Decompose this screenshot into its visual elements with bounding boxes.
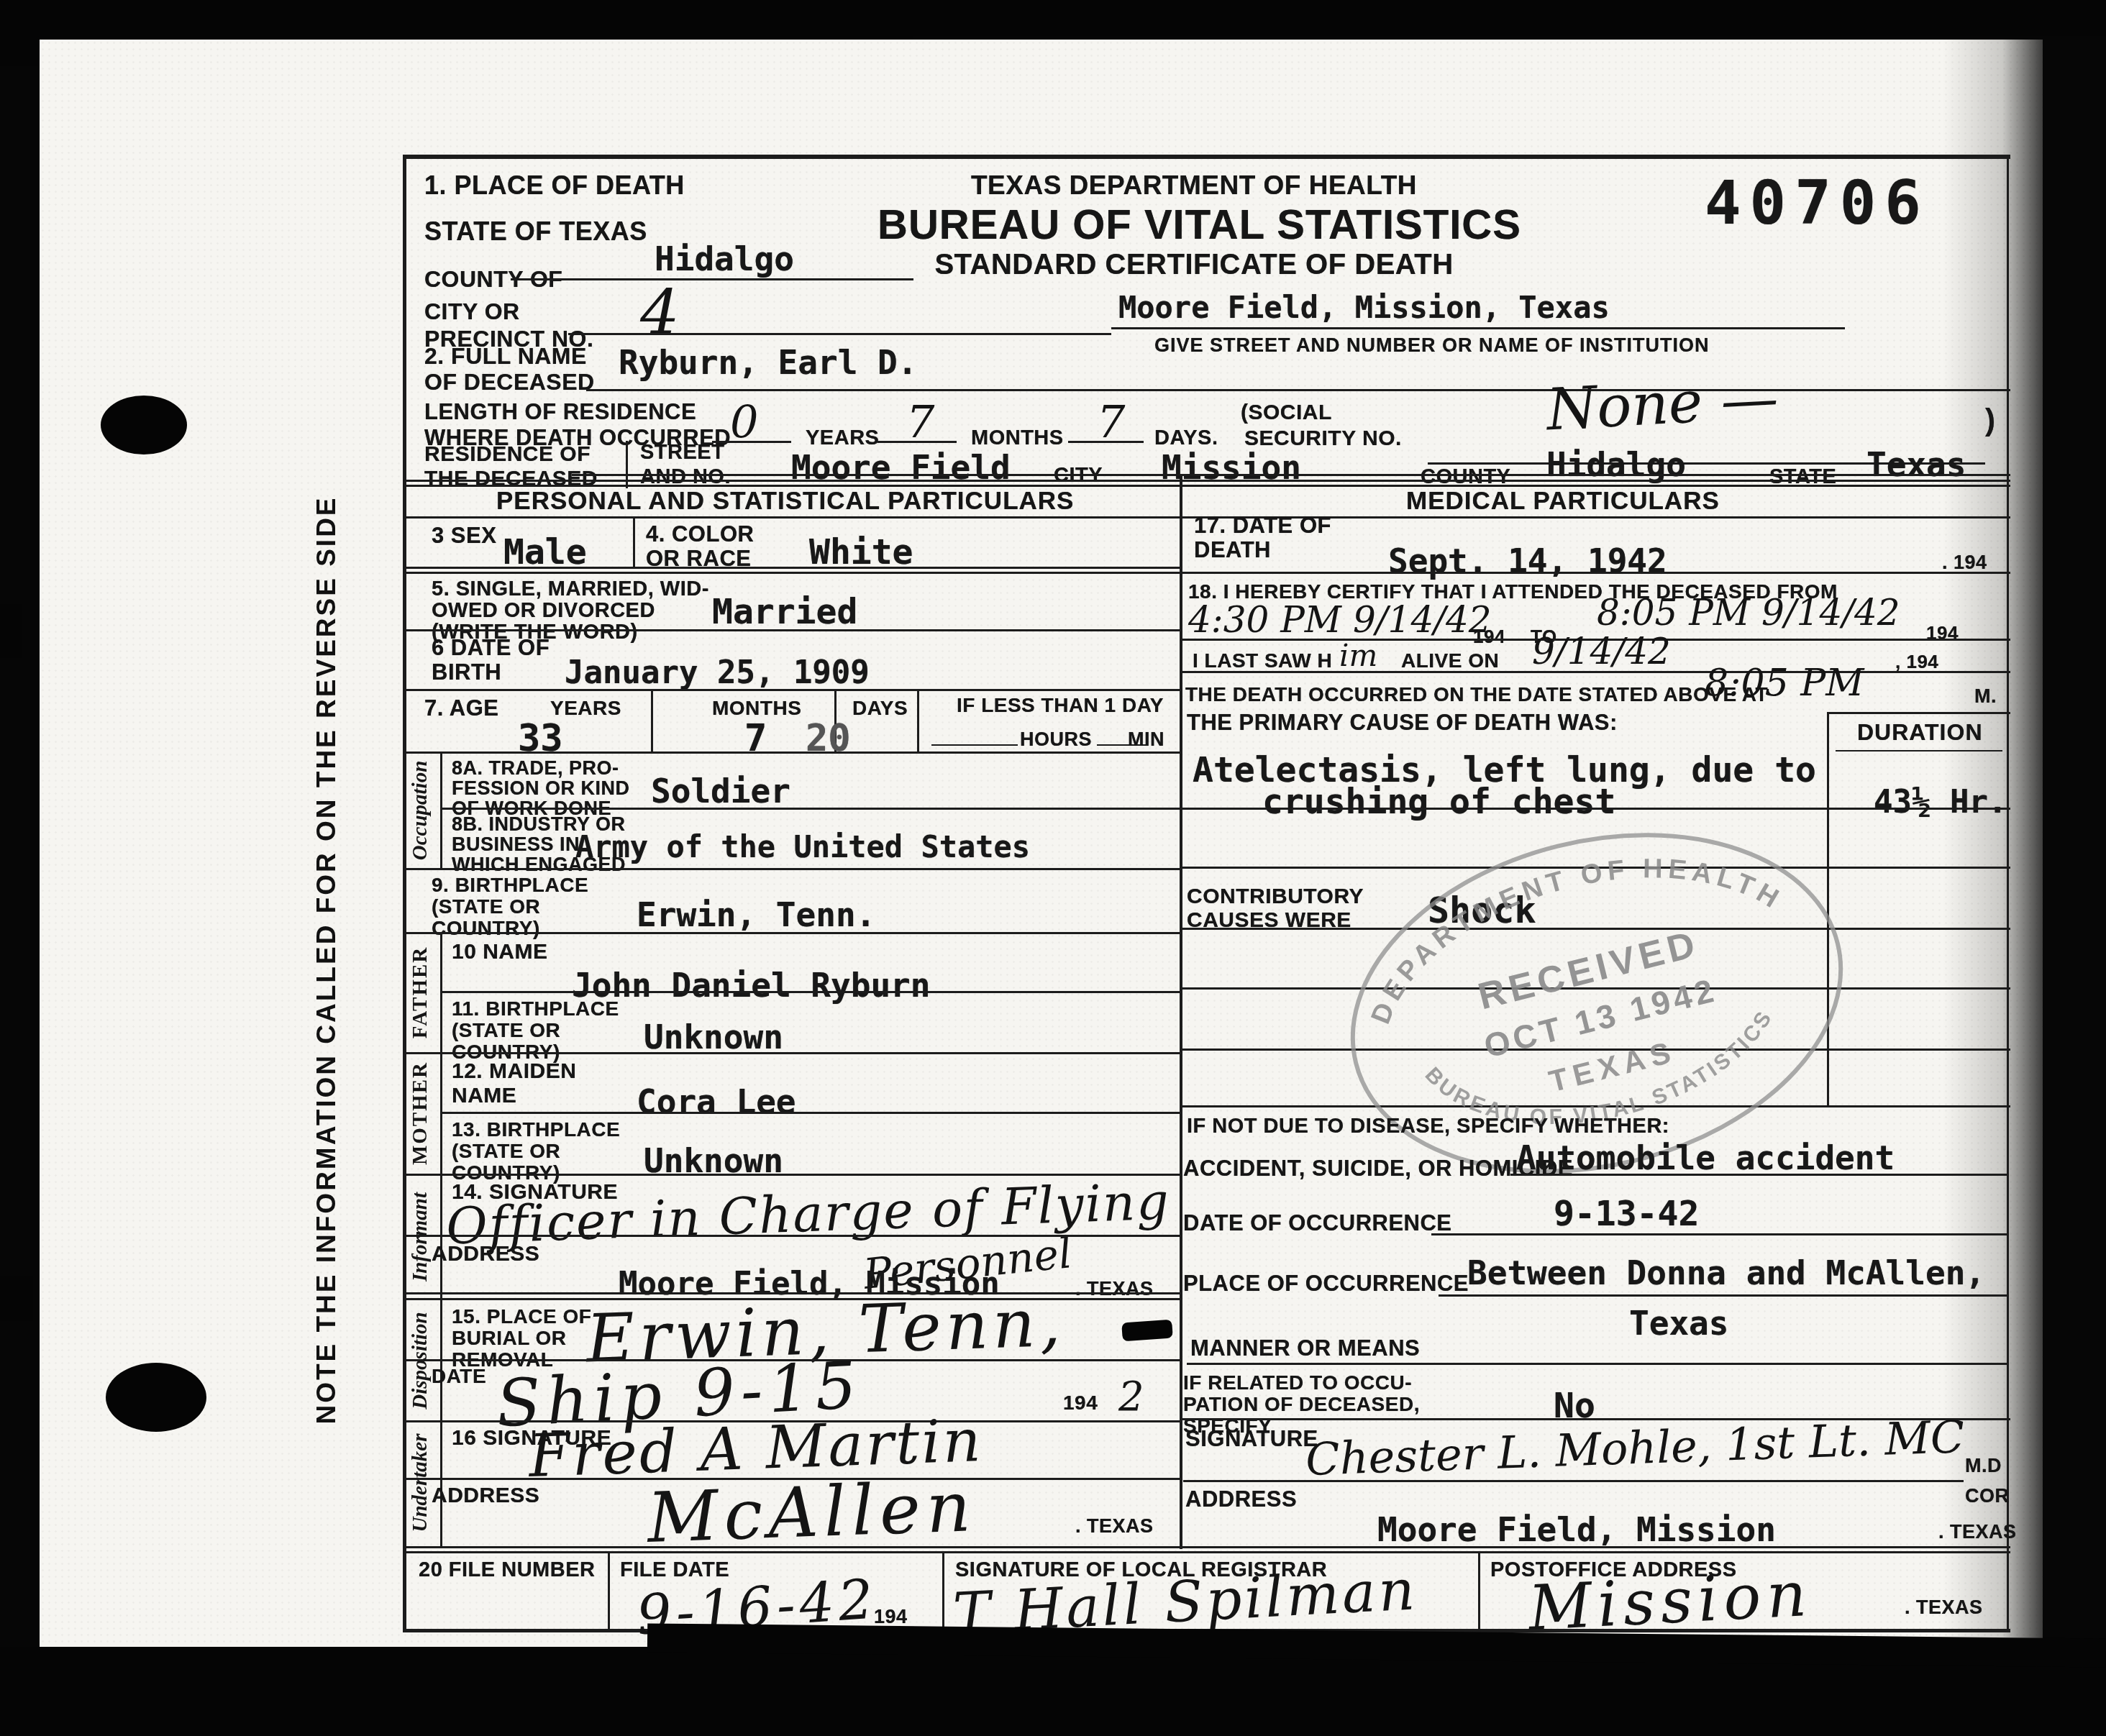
rule (403, 1546, 2010, 1548)
rule (403, 689, 1180, 691)
film-edge-mark (0, 1276, 33, 1321)
marital-label-2: OWED OR DIVORCED (432, 599, 655, 623)
marital-value: Married (712, 592, 857, 632)
trade-label-1: 8A. TRADE, PRO- (452, 757, 619, 780)
rule (403, 155, 2010, 159)
section-medical: MEDICAL PARTICULARS (1406, 487, 1720, 516)
field-place-of-death: 1. PLACE OF DEATH (424, 170, 685, 201)
father-name-label: 10 NAME (452, 940, 548, 964)
precinct-value: 4 (640, 277, 680, 349)
rule (403, 1551, 2010, 1553)
rule (651, 690, 653, 751)
rule (1827, 712, 2010, 714)
institution-caption: GIVE STREET AND NUMBER OR NAME OF INSTIT… (1154, 334, 1710, 357)
rule (1478, 1551, 1480, 1630)
fullname-value: Ryburn, Earl D. (619, 343, 917, 382)
county-value: Hidalgo (655, 239, 794, 278)
lastsaw-value: 9/14/42 (1532, 631, 1671, 672)
color-label-1: 4. COLOR (646, 521, 754, 547)
birthplace-value: Erwin, Tenn. (637, 895, 875, 934)
rule (403, 155, 406, 1632)
rule (568, 333, 1111, 335)
to-year: 194 (1926, 622, 1959, 644)
scanned-death-certificate: NOTE THE INFORMATION CALLED FOR ON THE R… (0, 0, 2106, 1736)
rule (1183, 1480, 1964, 1482)
rule (440, 751, 442, 868)
postoffice-value: Mission (1527, 1558, 1814, 1645)
rule (403, 1235, 1180, 1237)
occurred-label: THE DEATH OCCURRED ON THE DATE STATED AB… (1185, 683, 1768, 706)
field-city-label: CITY OR (424, 298, 520, 325)
residence-of-label-1: RESIDENCE OF (424, 442, 591, 467)
occplace-label: PLACE OF OCCURRENCE (1183, 1271, 1469, 1297)
undertaker-address-value: McAllen (646, 1466, 977, 1558)
side-label-informant: Informant (409, 1176, 433, 1298)
rule (403, 1052, 1180, 1054)
related-label-1: IF RELATED TO OCCU- (1183, 1371, 1412, 1394)
mother-bp-label-2: (STATE OR (452, 1140, 560, 1163)
father-bp-value: Unknown (644, 1018, 783, 1056)
margin-note: NOTE THE INFORMATION CALLED FOR ON THE R… (311, 421, 343, 1499)
rule (403, 480, 2010, 482)
rule (403, 629, 1180, 631)
rule (1068, 441, 1144, 443)
father-bp-label-1: 11. BIRTHPLACE (452, 997, 619, 1020)
father-name-value: John Daniel Ryburn (572, 966, 931, 1005)
rule (1510, 1174, 2007, 1176)
header-titles: TEXAS DEPARTMENT OF HEALTH BUREAU OF VIT… (878, 170, 1510, 281)
occdate-value: 9-13-42 (1554, 1194, 1699, 1234)
from-year: 194 (1473, 626, 1505, 648)
rule (1180, 671, 2010, 673)
rule (633, 518, 635, 567)
occdate-label: DATE OF OCCURRENCE (1183, 1210, 1452, 1236)
undertaker-texas: . TEXAS (1075, 1515, 1154, 1538)
dod-value: Sept. 14, 1942 (1388, 542, 1667, 580)
birth-value: January 25, 1909 (565, 654, 870, 691)
rule (572, 474, 2010, 476)
burial-year-hand: 2 (1118, 1374, 1144, 1420)
birthplace-label-2: (STATE OR (432, 895, 540, 918)
attended-from-value: 4:30 PM 9/14/42 (1188, 599, 1492, 641)
certificate-number: 40706 (1705, 168, 1930, 238)
months-label: MONTHS (971, 426, 1064, 450)
rule (608, 1551, 610, 1630)
sex-label: 3 SEX (432, 523, 496, 549)
occurred-m: M. (1974, 685, 1997, 708)
rule (511, 278, 913, 280)
birth-label-1: 6 DATE OF (432, 635, 550, 661)
rule (403, 751, 1180, 754)
physician-signature: Chester L. Mohle, 1st Lt. MC (1305, 1410, 1965, 1486)
attended-to-value: 8:05 PM 9/14/42 (1597, 592, 1900, 634)
related-label-2: PATION OF DECEASED, (1183, 1393, 1420, 1416)
birth-label-2: BIRTH (432, 659, 501, 685)
film-edge-mark (0, 604, 22, 658)
physician-md: M.D (1965, 1455, 2002, 1477)
county2-value: Hidalgo (1546, 445, 1686, 484)
trade-value: Soldier (651, 772, 790, 810)
rule (2007, 155, 2009, 1632)
physician-address-label: ADDRESS (1185, 1486, 1297, 1512)
age-days-label: DAYS (852, 697, 908, 720)
fullname-label-1: 2. FULL NAME (424, 343, 587, 370)
cause-value-2: crushing of chest (1262, 782, 1615, 822)
physician-cor: COR (1965, 1485, 2010, 1507)
institution-value: Moore Field, Mission, Texas (1118, 290, 1610, 325)
physician-texas: . TEXAS (1938, 1521, 2017, 1543)
rule (931, 744, 1018, 746)
manner-label: MANNER OR MEANS (1190, 1335, 1420, 1361)
side-label-occupation: Occupation (409, 749, 433, 872)
rule (403, 868, 1180, 870)
birthplace-label-3: COUNTRY) (432, 917, 540, 940)
rule (1180, 476, 1182, 1549)
age-months-value: 7 (744, 717, 767, 760)
occplace-value-2: Texas (1629, 1304, 1728, 1343)
rule (1111, 327, 1845, 329)
rule (440, 991, 1180, 993)
punch-hole (101, 396, 187, 454)
maiden-value: Cora Lee (637, 1082, 796, 1121)
scribble (1121, 1320, 1173, 1342)
lastsaw-label-1: I LAST SAW H (1193, 649, 1332, 672)
lastsaw-year: , 194 (1895, 651, 1938, 673)
residence-length-label-1: LENGTH OF RESIDENCE (424, 399, 696, 425)
side-label-father: FATHER (409, 931, 433, 1054)
fullname-label-2: OF DECEASED (424, 369, 595, 396)
section-personal: PERSONAL AND STATISTICAL PARTICULARS (496, 487, 1074, 516)
rule (403, 932, 1180, 934)
days-label: DAYS. (1154, 426, 1218, 450)
postoffice-texas: . TEXAS (1905, 1596, 1983, 1619)
rule (403, 572, 1180, 574)
accident-label: ACCIDENT, SUICIDE, OR HOMICIDE (1183, 1156, 1573, 1182)
industry-value: Army of the United States (575, 829, 1030, 864)
undertaker-address-label: ADDRESS (432, 1484, 539, 1508)
informant-address-label: ADDRESS (432, 1242, 539, 1266)
ssn-label-2: SECURITY NO. (1244, 426, 1402, 451)
rule (942, 1551, 944, 1630)
dod-label-2: DEATH (1194, 537, 1271, 563)
certificate-title: STANDARD CERTIFICATE OF DEATH (878, 249, 1510, 281)
rule (440, 808, 1180, 810)
rule (586, 389, 2010, 391)
rule (1180, 572, 2010, 574)
trade-label-2: FESSION OR KIND (452, 777, 630, 800)
maiden-label-1: 12. MAIDEN (452, 1059, 576, 1084)
burial-year-print: 194 (1063, 1392, 1098, 1415)
certificate-form: 1. PLACE OF DEATH STATE OF TEXAS COUNTY … (403, 155, 2010, 1632)
age-years-value: 33 (518, 717, 563, 760)
ssn-close-paren: ) (1985, 403, 1996, 437)
film-top-band-right (910, 0, 2106, 36)
rule (440, 1112, 1180, 1114)
state-value: Texas (1866, 445, 1966, 484)
burial-label-1: 15. PLACE OF (452, 1305, 591, 1328)
rule (1836, 750, 2002, 751)
rule (1431, 1233, 2007, 1235)
physician-sig-label: SIGNATURE (1185, 1426, 1318, 1452)
bureau-title: BUREAU OF VITAL STATISTICS (878, 201, 1510, 249)
father-bp-label-2: (STATE OR (452, 1019, 560, 1042)
notdisease-label: IF NOT DUE TO DISEASE, SPECIFY WHETHER: (1187, 1115, 1669, 1138)
industry-label-2: BUSINESS IN (452, 833, 580, 856)
certificate-paper: NOTE THE INFORMATION CALLED FOR ON THE R… (40, 40, 2043, 1647)
lastsaw-label-2: ALIVE ON (1401, 649, 1499, 672)
ssn-value: None — (1545, 365, 1780, 444)
burial-label-2: BURIAL OR (452, 1327, 567, 1350)
rule (1187, 1363, 2007, 1365)
occurred-value: 8:05 PM (1705, 662, 1864, 705)
age-lessthan-label: IF LESS THAN 1 DAY (957, 694, 1164, 717)
maiden-label-2: NAME (452, 1084, 516, 1108)
occplace-value-1: Between Donna and McAllen, (1467, 1253, 1985, 1292)
burial-date-label: DATE (432, 1365, 486, 1388)
duration-label: DURATION (1857, 719, 1983, 746)
years-label: YEARS (806, 426, 879, 450)
ssn-label-1: (SOCIAL (1241, 401, 1332, 425)
age-min-label: MIN (1128, 728, 1164, 751)
dod-label-1: 17. DATE OF (1194, 513, 1331, 539)
side-label-mother: MOTHER (409, 1052, 433, 1174)
cause-label: THE PRIMARY CAUSE OF DEATH WAS: (1187, 710, 1618, 736)
rule (917, 690, 919, 751)
punch-hole (106, 1363, 206, 1432)
age-hours-label: HOURS (1020, 728, 1092, 751)
dept-title: TEXAS DEPARTMENT OF HEALTH (878, 170, 1510, 201)
mother-bp-label-1: 13. BIRTHPLACE (452, 1118, 620, 1141)
accident-value: Automobile accident (1516, 1138, 1895, 1177)
dod-year: . 194 (1942, 552, 1987, 574)
rule (1180, 808, 2010, 810)
age-label: 7. AGE (424, 695, 499, 721)
file-date-year: 194 (874, 1606, 908, 1628)
street-label-1: STREET (640, 441, 724, 465)
file-number-label: 20 FILE NUMBER (419, 1558, 595, 1582)
age-days-value: 20 (806, 717, 851, 760)
physician-address-value: Moore Field, Mission (1377, 1510, 1776, 1549)
birthplace-label-1: 9. BIRTHPLACE (432, 874, 588, 897)
duration-value: 43½ Hr. (1874, 784, 2007, 821)
field-state-of-texas: STATE OF TEXAS (424, 216, 647, 247)
rule (403, 567, 1180, 569)
side-label-undertaker: Undertaker (409, 1422, 433, 1544)
lastsaw-him: im (1339, 638, 1377, 673)
informant-texas: . TEXAS (1075, 1278, 1154, 1300)
marital-label-1: 5. SINGLE, MARRIED, WID- (432, 577, 709, 601)
rule (878, 441, 957, 443)
rule (1439, 1294, 2007, 1297)
